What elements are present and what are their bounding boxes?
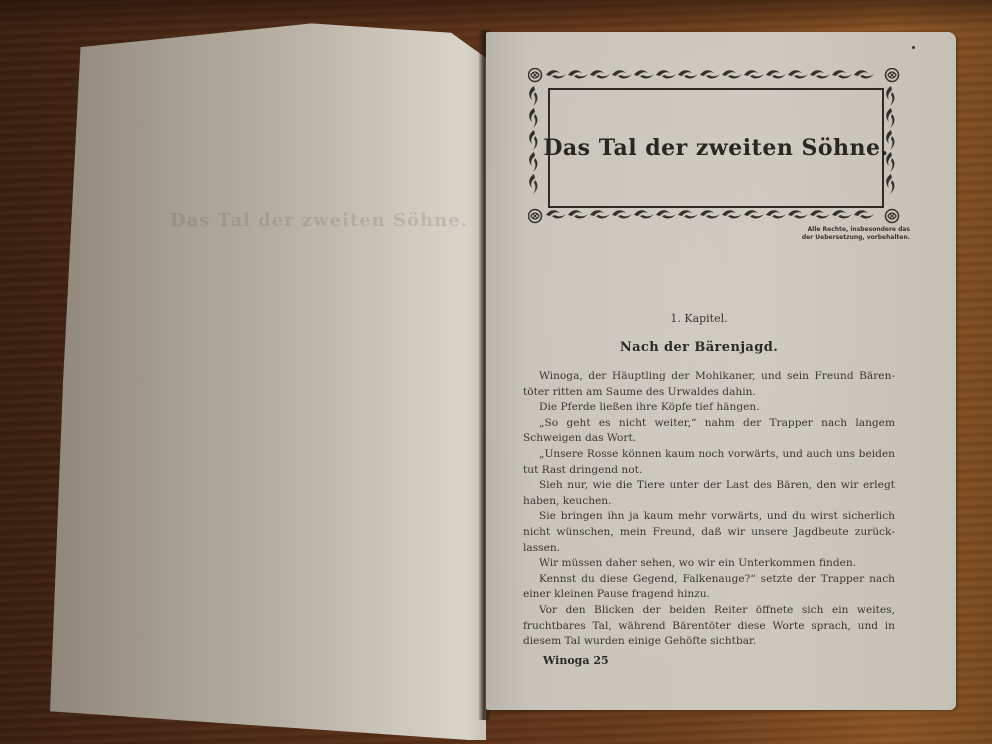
paragraph: Sie bringen ihn ja kaum mehr vorwärts, u…: [523, 509, 895, 556]
showthrough-text: Das Tal der zweiten Söhne.: [170, 210, 410, 240]
paragraph: Winoga, der Häuptling der Mohikaner, und…: [523, 369, 895, 400]
rights-reserved-note: Alle Rechte, insbesondere das der Uebers…: [770, 226, 910, 241]
chapter-heading: Nach der Bärenjagd.: [486, 340, 956, 355]
paragraph: „So geht es nicht weiter,“ nahm der Trap…: [523, 416, 895, 447]
right-page: Das Tal der zweiten Söhne. Alle Rechte, …: [486, 32, 956, 710]
paragraph: Kennst du diese Gegend, Falkenauge?“ set…: [523, 572, 895, 603]
wooden-table-surface: [0, 0, 992, 30]
paragraph: Die Pferde ließen ihre Köpfe tief hängen…: [523, 400, 895, 416]
chapter-title: Nach der Bärenjagd.: [620, 340, 778, 355]
rights-note-line-1: Alle Rechte, insbesondere das: [770, 226, 910, 234]
paragraph: Vor den Blicken der beiden Reiter öffnet…: [523, 603, 895, 650]
paragraph: „Unsere Rosse können kaum noch vorwärts,…: [523, 447, 895, 478]
paper-speck: [912, 46, 915, 49]
paragraph: Sieh nur, wie die Tiere unter der Last d…: [523, 478, 895, 509]
paragraph: Wir müssen daher sehen, wo wir ein Unter…: [523, 556, 895, 572]
chapter-number: 1. Kapitel.: [670, 312, 727, 325]
signature-mark: Winoga 25: [543, 654, 609, 667]
book-title: Das Tal der zweiten Söhne.: [543, 135, 888, 161]
rights-note-line-2: der Uebersetzung, vorbehalten.: [770, 234, 910, 242]
title-box: Das Tal der zweiten Söhne.: [548, 88, 884, 208]
left-page-blank: Das Tal der zweiten Söhne.: [50, 22, 486, 740]
chapter-label: 1. Kapitel.: [486, 312, 956, 325]
ornamental-title-frame: Das Tal der zweiten Söhne.: [528, 68, 900, 224]
chapter-body: Winoga, der Häuptling der Mohikaner, und…: [523, 369, 895, 650]
